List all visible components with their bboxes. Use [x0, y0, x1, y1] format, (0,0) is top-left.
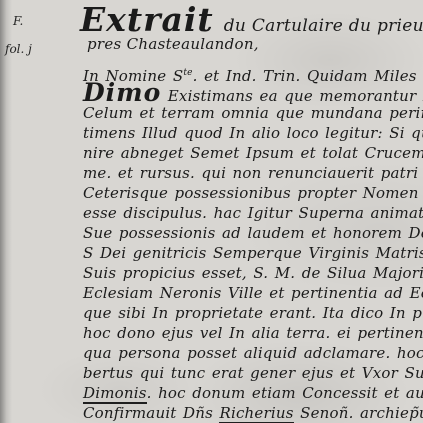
manuscript-text-segment: Celum et terram omnia que mundana perire… [83, 104, 423, 122]
manuscript-text-segment: . hoc donum etiam Concessit et authorita… [147, 384, 423, 402]
manuscript-text-segment: Richerius [219, 404, 293, 423]
manuscript-text-segment: Eclesiam Neronis Ville et pertinentia ad… [83, 284, 423, 302]
manuscript-text-segment: nire abneget Semet Ipsum et tolat Crucem… [83, 144, 423, 162]
manuscript-line: hoc dono ejus vel In alia terra. ei pert… [83, 323, 423, 343]
manuscript-text-segment: esse discipulus. hac Igitur Superna anim… [83, 204, 423, 222]
manuscript-text-segment: Senoñ. archiep̃us. Testes ex [294, 404, 423, 422]
manuscript-text-segment: que sibi In proprietate erant. Ita dico … [83, 304, 423, 322]
manuscript-text-segment: te [183, 68, 192, 78]
manuscript-line: que sibi In proprietate erant. Ita dico … [83, 303, 423, 323]
manuscript-text-segment: Confirmauit Dñs [83, 404, 219, 422]
manuscript-line: timens Illud quod In alio loco legitur: … [83, 123, 423, 143]
manuscript-line: Eclesiam Neronis Ville et pertinentia ad… [83, 283, 423, 303]
manuscript-text-segment: hoc dono ejus vel In alia terra. ei pert… [83, 324, 423, 342]
manuscript-text-segment: S Dei genitricis Semperque Virginis Matr… [83, 244, 423, 262]
manuscript-text-segment: Sue possessionis ad laudem et honorem De… [83, 224, 423, 242]
manuscript-line: Dimonis. hoc donum etiam Concessit et au… [83, 383, 423, 403]
manuscript-line: Confirmauit Dñs Richerius Senoñ. archiep… [83, 403, 423, 423]
manuscript-line: Ceterisque possessionibus propter Nomen … [83, 183, 423, 203]
folio-mark-fol: fol. j [5, 42, 32, 56]
body-lines: In Nomine Ste. et Ind. Trin. Quidam Mile… [83, 63, 423, 423]
manuscript-text-segment: bertus qui tunc erat gener ejus et Vxor … [83, 364, 423, 382]
manuscript-line: S Dei genitricis Semperque Virginis Matr… [83, 243, 423, 263]
manuscript-text-segment: me. et rursus. qui non renunciauerit pat… [83, 164, 423, 182]
manuscript-line: me. et rursus. qui non renunciauerit pat… [83, 163, 423, 183]
manuscript-line: qua persona posset aliquid adclamare. ho… [83, 343, 423, 363]
title-block: Extrait du Cartulaire du prieuré de Ne p… [80, 2, 423, 53]
manuscript-text-segment: Suis propicius esset, S. M. de Silua Maj… [83, 264, 423, 282]
manuscript-line: esse discipulus. hac Igitur Superna anim… [83, 203, 423, 223]
scan-edge-shadow [0, 0, 12, 423]
manuscript-text-segment: Ceterisque possessionibus propter Nomen … [83, 184, 423, 202]
manuscript-line: bertus qui tunc erat gener ejus et Vxor … [83, 363, 423, 383]
manuscript-line: nire abneget Semet Ipsum et tolat Crucem… [83, 143, 423, 163]
title-line-1: Extrait du Cartulaire du prieuré de Ne [80, 2, 423, 38]
manuscript-text-segment: qua persona posset aliquid adclamare. ho… [83, 344, 423, 362]
folio-mark-f: F. [13, 14, 23, 28]
manuscript-line: Suis propicius esset, S. M. de Silua Maj… [83, 263, 423, 283]
title-line1-rest: du Cartulaire du prieuré de Ne [224, 16, 423, 36]
manuscript-line: Sue possessionis ad laudem et honorem De… [83, 223, 423, 243]
manuscript-text-segment: timens Illud quod In alio loco legitur: … [83, 124, 423, 142]
manuscript-line: Celum et terram omnia que mundana perire… [83, 103, 423, 123]
title-word-extrait: Extrait [80, 0, 214, 39]
manuscript-page: F. fol. j Extrait du Cartulaire du prieu… [0, 0, 423, 423]
manuscript-line: Dimo Existimans ea que memorantur In Eua… [83, 83, 423, 103]
manuscript-text-segment: Dimonis [83, 384, 147, 404]
